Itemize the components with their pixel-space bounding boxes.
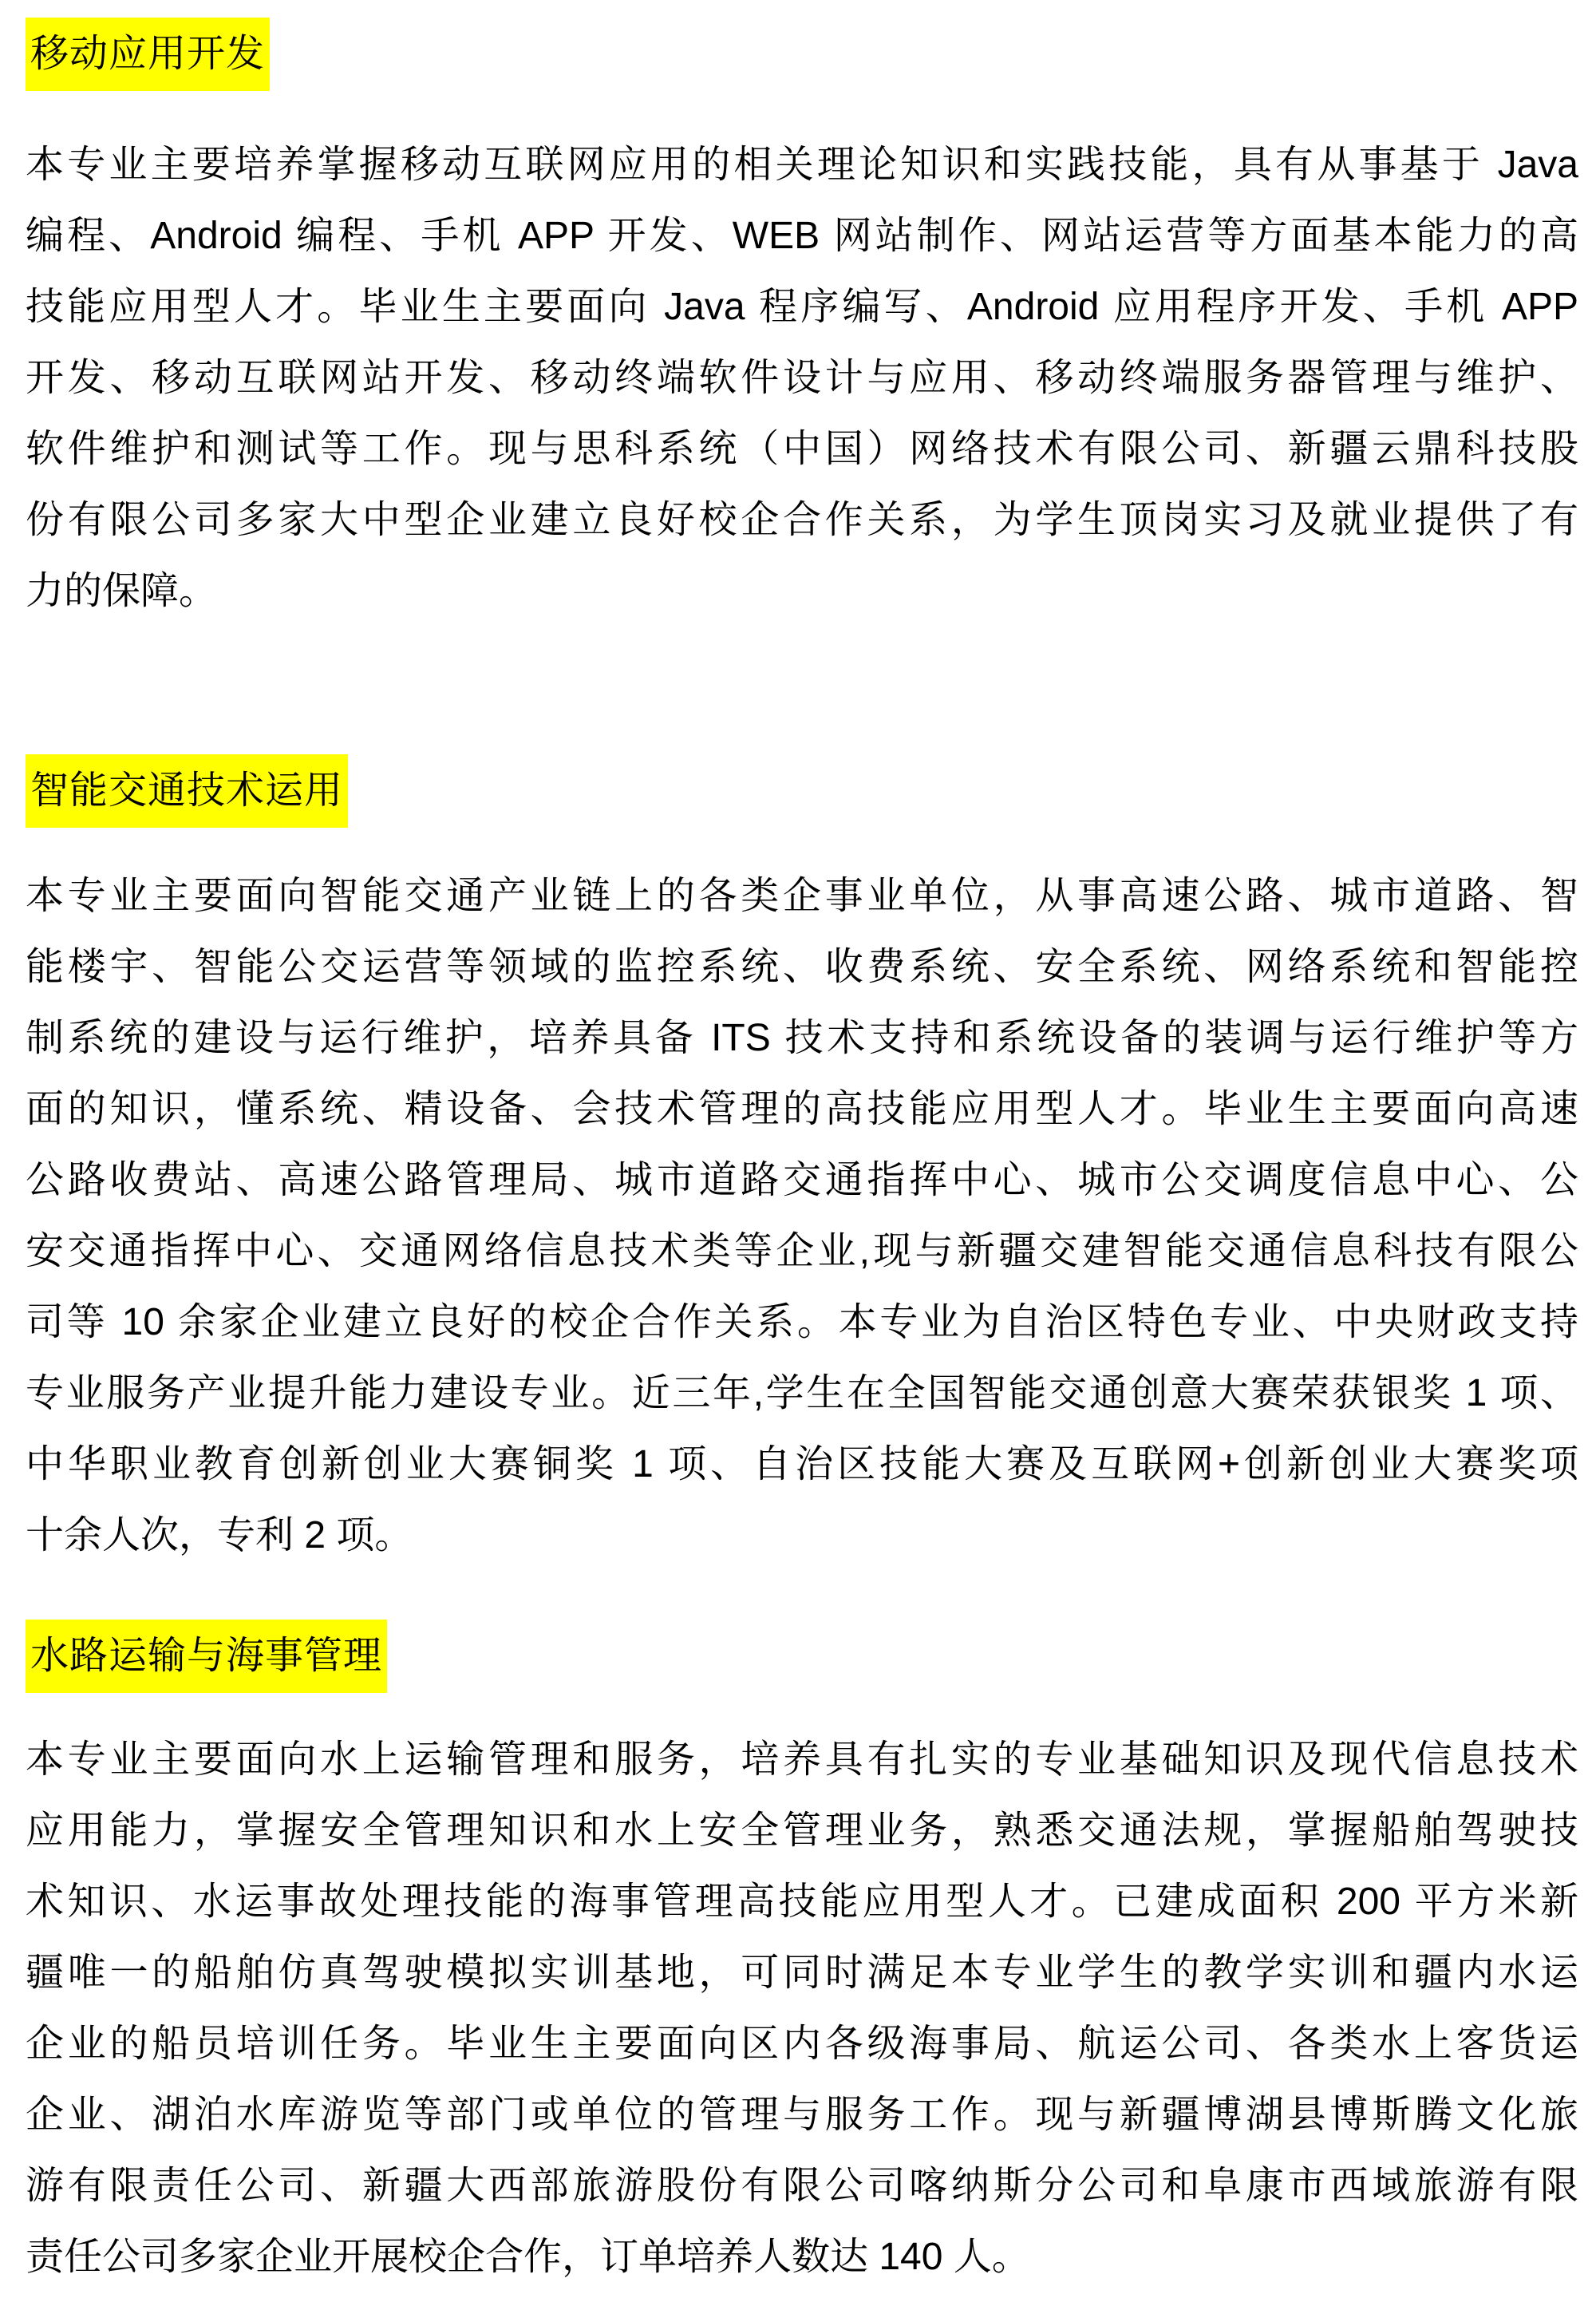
paragraph-line: 制系统的建设与运行维护，培养具备 ITS 技术支持和系统设备的装调与运行维护等方 xyxy=(26,1003,1578,1074)
paragraph-line: 公路收费站、高速公路管理局、城市道路交通指挥中心、城市公交调度信息中心、公 xyxy=(26,1145,1578,1216)
paragraph-line: 应用能力，掌握安全管理知识和水上安全管理业务，熟悉交通法规，掌握船舶驾驶技 xyxy=(26,1795,1578,1866)
paragraph-line: 疆唯一的船舶仿真驾驶模拟实训基地，可同时满足本专业学生的教学实训和疆内水运 xyxy=(26,1937,1578,2008)
section-heading: 智能交通技术运用 xyxy=(26,754,1578,828)
paragraph-line: 本专业主要面向水上运输管理和服务，培养具有扎实的专业基础知识及现代信息技术 xyxy=(26,1724,1578,1795)
paragraph-line: 编程、Android 编程、手机 APP 开发、WEB 网站制作、网站运营等方面… xyxy=(26,200,1578,271)
paragraph-line: 责任公司多家企业开展校企合作，订单培养人数达 140 人。 xyxy=(26,2221,1578,2292)
paragraph-line: 企业、湖泊水库游览等部门或单位的管理与服务工作。现与新疆博湖县博斯腾文化旅 xyxy=(26,2079,1578,2150)
section-intelligent-transportation: 智能交通技术运用 本专业主要面向智能交通产业链上的各类企事业单位，从事高速公路、… xyxy=(26,754,1578,1571)
section-heading-highlight: 移动应用开发 xyxy=(26,18,270,91)
document-page: 移动应用开发 本专业主要培养掌握移动互联网应用的相关理论知识和实践技能，具有从事… xyxy=(0,18,1596,2292)
section-paragraph: 本专业主要面向水上运输管理和服务，培养具有扎实的专业基础知识及现代信息技术 应用… xyxy=(26,1724,1578,2292)
section-mobile-app-development: 移动应用开发 本专业主要培养掌握移动互联网应用的相关理论知识和实践技能，具有从事… xyxy=(26,18,1578,627)
paragraph-line: 本专业主要面向智能交通产业链上的各类企事业单位，从事高速公路、城市道路、智 xyxy=(26,860,1578,931)
paragraph-line: 安交通指挥中心、交通网络信息技术类等企业,现与新疆交建智能交通信息科技有限公 xyxy=(26,1216,1578,1287)
paragraph-line: 专业服务产业提升能力建设专业。近三年,学生在全国智能交通创意大赛荣获银奖 1 项… xyxy=(26,1358,1578,1429)
paragraph-line: 份有限公司多家大中型企业建立良好校企合作关系，为学生顶岗实习及就业提供了有 xyxy=(26,485,1578,556)
paragraph-line: 开发、移动互联网站开发、移动终端软件设计与应用、移动终端服务器管理与维护、 xyxy=(26,342,1578,413)
section-waterway-maritime-management: 水路运输与海事管理 本专业主要面向水上运输管理和服务，培养具有扎实的专业基础知识… xyxy=(26,1620,1578,2292)
section-paragraph: 本专业主要面向智能交通产业链上的各类企事业单位，从事高速公路、城市道路、智 能楼… xyxy=(26,860,1578,1571)
section-paragraph: 本专业主要培养掌握移动互联网应用的相关理论知识和实践技能，具有从事基于 Java… xyxy=(26,129,1578,627)
paragraph-line: 中华职业教育创新创业大赛铜奖 1 项、自治区技能大赛及互联网+创新创业大赛奖项 xyxy=(26,1429,1578,1500)
section-heading-highlight: 水路运输与海事管理 xyxy=(26,1620,387,1693)
section-heading-highlight: 智能交通技术运用 xyxy=(26,754,348,828)
paragraph-line: 软件维护和测试等工作。现与思科系统（中国）网络技术有限公司、新疆云鼎科技股 xyxy=(26,413,1578,485)
paragraph-line: 面的知识，懂系统、精设备、会技术管理的高技能应用型人才。毕业生主要面向高速 xyxy=(26,1074,1578,1145)
paragraph-line: 术知识、水运事故处理技能的海事管理高技能应用型人才。已建成面积 200 平方米新 xyxy=(26,1866,1578,1937)
paragraph-line: 企业的船员培训任务。毕业生主要面向区内各级海事局、航运公司、各类水上客货运 xyxy=(26,2008,1578,2079)
paragraph-line: 游有限责任公司、新疆大西部旅游股份有限公司喀纳斯分公司和阜康市西域旅游有限 xyxy=(26,2150,1578,2221)
section-heading: 移动应用开发 xyxy=(26,18,1578,91)
section-heading: 水路运输与海事管理 xyxy=(26,1620,1578,1693)
paragraph-line: 本专业主要培养掌握移动互联网应用的相关理论知识和实践技能，具有从事基于 Java xyxy=(26,129,1578,200)
paragraph-line: 司等 10 余家企业建立良好的校企合作关系。本专业为自治区特色专业、中央财政支持 xyxy=(26,1287,1578,1358)
paragraph-line: 技能应用型人才。毕业生主要面向 Java 程序编写、Android 应用程序开发… xyxy=(26,271,1578,342)
paragraph-line: 力的保障。 xyxy=(26,556,1578,627)
paragraph-line: 十余人次，专利 2 项。 xyxy=(26,1500,1578,1571)
paragraph-line: 能楼宇、智能公交运营等领域的监控系统、收费系统、安全系统、网络系统和智能控 xyxy=(26,931,1578,1003)
